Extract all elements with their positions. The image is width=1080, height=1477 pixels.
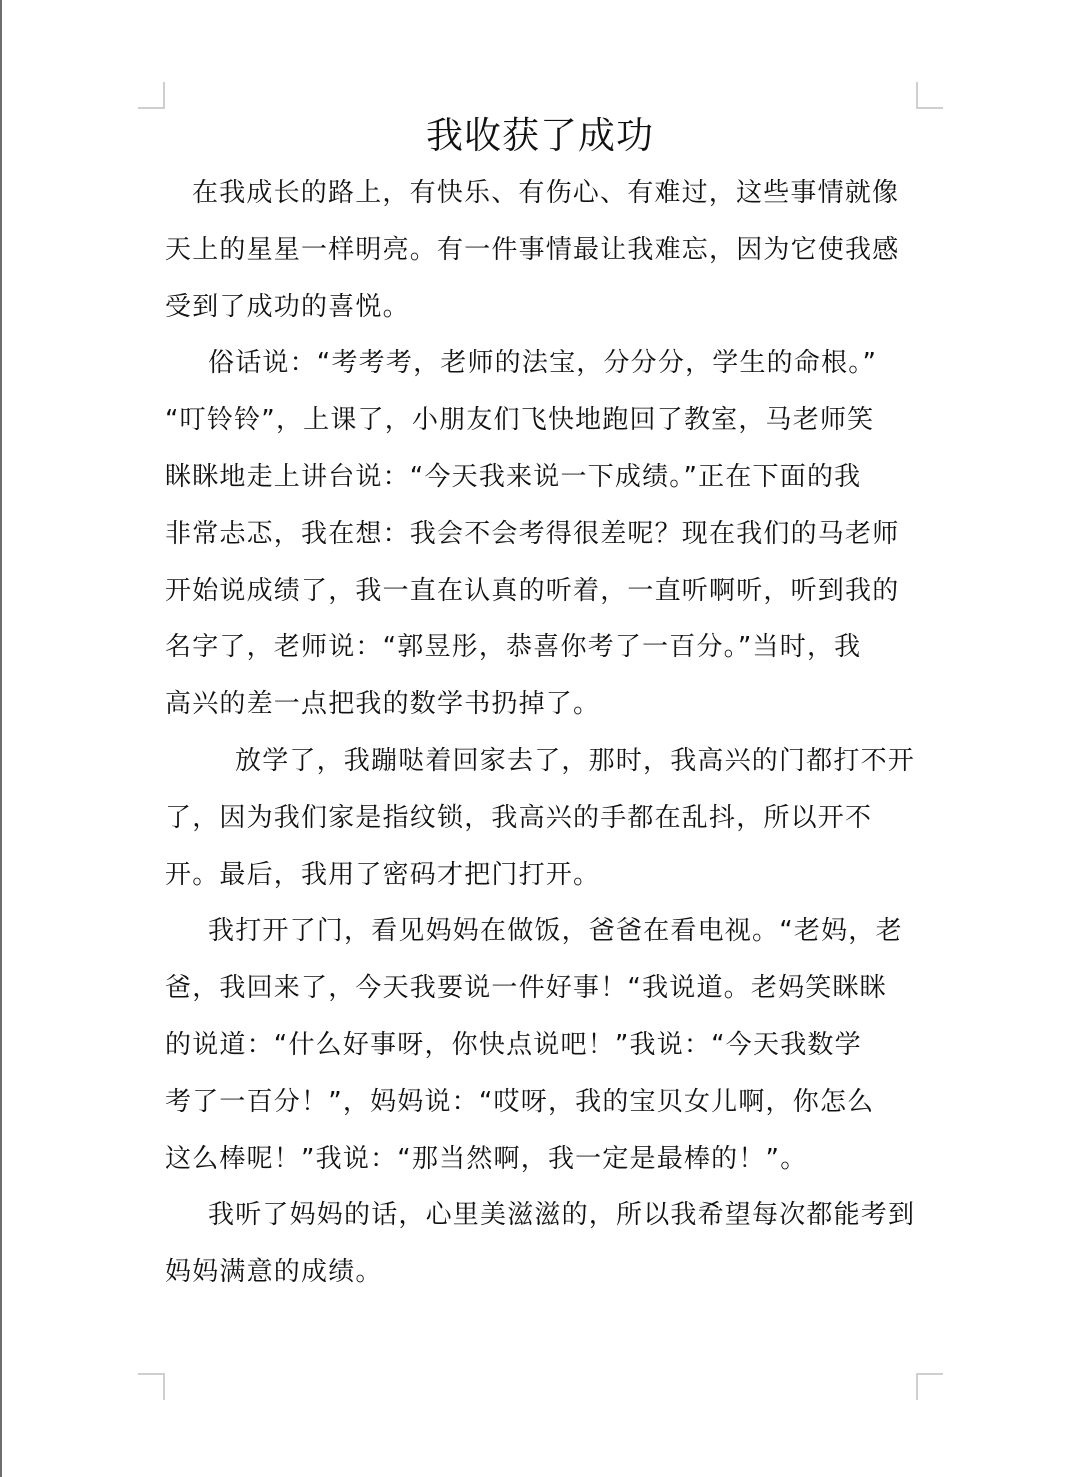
text-line: 放学了，我蹦哒着回家去了，那时，我高兴的门都打不开 (165, 733, 917, 790)
document-body: 在我成长的路上，有快乐、有伤心、有难过，这些事情就像 天上的星星一样明亮。有一件… (165, 165, 917, 1301)
text-line: 高兴的差一点把我的数学书扔掉了。 (165, 676, 917, 733)
text-line: 在我成长的路上，有快乐、有伤心、有难过，这些事情就像 (165, 165, 917, 222)
text-line: 名字了，老师说：“郭昱彤，恭喜你考了一百分。”当时，我 (165, 619, 917, 676)
margin-corner-top-right (916, 82, 943, 109)
text-line: 考了一百分！”，妈妈说：“哎呀，我的宝贝女儿啊，你怎么 (165, 1074, 917, 1131)
text-line: 妈妈满意的成绩。 (165, 1244, 917, 1301)
text-line: “叮铃铃”，上课了，小朋友们飞快地跑回了教室，马老师笑 (165, 392, 917, 449)
text-line: 俗话说：“考考考，老师的法宝，分分分，学生的命根。” (165, 335, 917, 392)
text-line: 开。最后，我用了密码才把门打开。 (165, 847, 917, 904)
text-line: 受到了成功的喜悦。 (165, 279, 917, 336)
text-line: 这么棒呢！”我说：“那当然啊，我一定是最棒的！”。 (165, 1131, 917, 1188)
text-line: 我听了妈妈的话，心里美滋滋的，所以我希望每次都能考到 (165, 1187, 917, 1244)
text-line: 开始说成绩了，我一直在认真的听着，一直听啊听，听到我的 (165, 563, 917, 620)
text-line: 非常忐忑，我在想：我会不会考得很差呢？现在我们的马老师 (165, 506, 917, 563)
text-line: 了，因为我们家是指纹锁，我高兴的手都在乱抖，所以开不 (165, 790, 917, 847)
margin-corner-bottom-left (138, 1373, 165, 1400)
page-left-edge (0, 0, 2, 1477)
margin-corner-top-left (138, 82, 165, 109)
margin-corner-bottom-right (916, 1373, 943, 1400)
text-line: 我打开了门，看见妈妈在做饭，爸爸在看电视。“老妈，老 (165, 903, 917, 960)
text-line: 的说道：“什么好事呀，你快点说吧！”我说：“今天我数学 (165, 1017, 917, 1074)
text-line: 天上的星星一样明亮。有一件事情最让我难忘，因为它使我感 (165, 222, 917, 279)
text-line: 眯眯地走上讲台说：“今天我来说一下成绩。”正在下面的我 (165, 449, 917, 506)
text-line: 爸，我回来了，今天我要说一件好事！“我说道。老妈笑眯眯 (165, 960, 917, 1017)
document-title: 我收获了成功 (0, 112, 1080, 160)
